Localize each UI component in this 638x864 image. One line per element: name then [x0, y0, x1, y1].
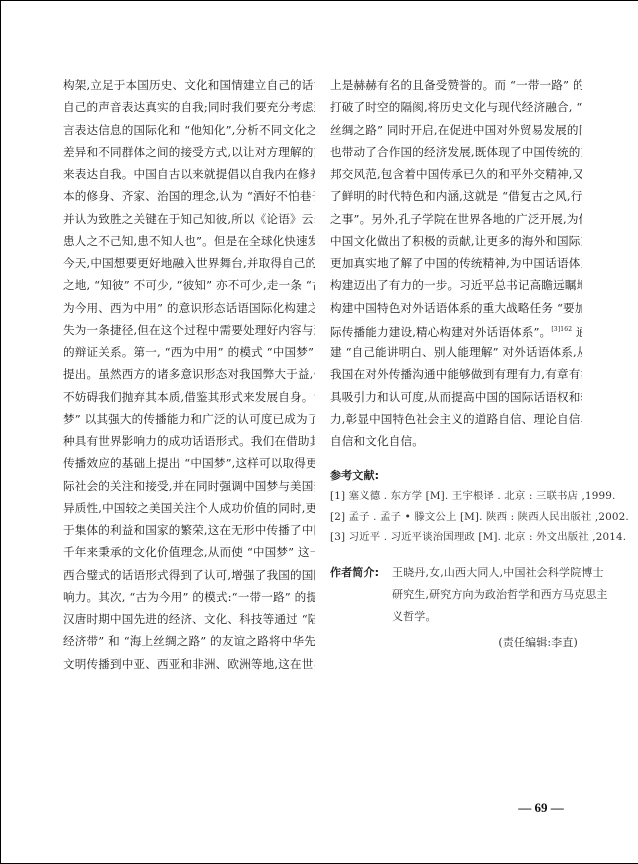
text-line: 自己的声音表达真实的自我;同时我们要充分考虑到语 [63, 96, 315, 118]
text-line: 具吸引力和认可度,从而提高中国的国际话语权和软实 [330, 386, 582, 408]
text-line: 构架,立足于本国历史、文化和国情建立自己的话语权以 [63, 74, 315, 96]
text-line: 建 “自己能讲明白、别人能理解” 对外话语体系,从而使 [330, 341, 582, 363]
reference-item: [2] 孟子 . 孟子 • 滕文公上 [M]. 陕西 : 陕西人民出版社 ,20… [330, 507, 582, 528]
text-line: 西合璧式的话语形式得到了认可,增强了我国的国际影 [63, 564, 315, 586]
text-line: 种具有世界影响力的成功话语形式。我们在借助其强大 [63, 430, 315, 452]
responsible-editor: (责任编辑:李直) [330, 632, 582, 654]
text-line: 我国在对外传播沟通中能够做到有理有力,有章有法,更 [330, 363, 582, 385]
text-line: 之地, “知彼” 不可少, “彼知” 亦不可少,走一条 “古 [63, 274, 315, 296]
text-line: 并认为致胜之关键在于知己知彼,所以《论语》云:“不 [63, 208, 315, 230]
text-line: 之事”。另外,孔子学院在世界各地的广泛开展,为传播 [330, 208, 582, 230]
text-line: 汉唐时期中国先进的经济、文化、科技等通过 “陆上丝绸 [63, 608, 315, 630]
text-line: 文明传播到中亚、西亚和非洲、欧洲等地,这在世界历史 [63, 653, 315, 675]
text-line-with-citation: 际传播能力建设,精心构建对外话语体系”。[3]162 通过构 [330, 319, 582, 341]
text-line: 构建中国特色对外话语体系的重大战略任务 “要加强国 [330, 297, 582, 319]
text-segment: 通过构 [572, 325, 582, 339]
author-bio-line: 研究生,研究方向为政治哲学和西方马克思主 [392, 584, 582, 606]
text-line: 千年来秉承的文化价值理念,从而使 “中国梦” 这一中 [63, 541, 315, 563]
text-line: 言表达信息的国际化和 “他知化”,分析不同文化之间的 [63, 119, 315, 141]
text-line: 提出。虽然西方的诸多意识形态对我国弊大于益,但仍 [63, 363, 315, 385]
text-line: 响力。其次, “古为今用” 的模式:“一带一路” 的提出。 [63, 586, 315, 608]
text-line: 中国文化做出了积极的贡献,让更多的海外和国际友人 [330, 230, 582, 252]
text-line: 自信和文化自信。 [330, 430, 582, 452]
document-page: 构架,立足于本国历史、文化和国情建立自己的话语权以 自己的声音表达真实的自我;同… [0, 0, 638, 864]
reference-item: [1] 塞义德 . 东方学 [M]. 王宇根译 . 北京 : 三联书店 ,199… [330, 486, 582, 507]
text-line: 上是赫赫有名的且备受赞誉的。而 “一带一路” 的提出 [330, 74, 582, 96]
author-bio-line: 王晓丹,女,山西大同人,中国社会科学院博士 [392, 562, 582, 584]
right-column: 上是赫赫有名的且备受赞誉的。而 “一带一路” 的提出 打破了时空的隔阂,将历史文… [330, 74, 582, 654]
text-line: 失为一条捷径,但在这个过程中需要处理好内容与形式 [63, 319, 315, 341]
author-bio-label: 作者简介: [330, 562, 379, 584]
reference-item: [3] 习近平 . 习近平谈治国理政 [M]. 北京 : 外文出版社 ,2014… [330, 527, 582, 548]
text-line: 为今用、西为中用” 的意识形态话语国际化构建之路不 [63, 297, 315, 319]
text-line: 传播效应的基础上提出 “中国梦”,这样可以取得更多国 [63, 452, 315, 474]
text-segment: 际传播能力建设,精心构建对外话语体系”。 [330, 325, 551, 339]
text-line: 更加真实地了解了中国的传统精神,为中国话语体系的 [330, 252, 582, 274]
left-column: 构架,立足于本国历史、文化和国情建立自己的话语权以 自己的声音表达真实的自我;同… [63, 74, 315, 675]
text-line: 来表达自我。中国自古以来就提倡以自我内在修养为根 [63, 163, 315, 185]
text-line: 了鲜明的时代特色和内涵,这就是 “借复古之风,行当今 [330, 185, 582, 207]
text-line: 不妨碍我们抛弃其本质,借鉴其形式来发展自身。“美国 [63, 386, 315, 408]
text-line: 本的修身、齐家、治国的理念,认为 “酒好不怕巷子深”, [63, 185, 315, 207]
text-line: 于集体的利益和国家的繁荣,这在无形中传播了中国数 [63, 519, 315, 541]
text-line: 差异和不同群体之间的接受方式,以让对方理解的方式 [63, 141, 315, 163]
text-line: 也带动了合作国的经济发展,既体现了中国传统的友好 [330, 141, 582, 163]
text-line: 邦交风范,包含着中国传承已久的和平外交精神,又赋予 [330, 163, 582, 185]
text-line: 构建迈出了有力的一步。习近平总书记高瞻远瞩地提出 [330, 274, 582, 296]
text-line: 际社会的关注和接受,并在同时强调中国梦与美国梦的 [63, 475, 315, 497]
text-line: 梦” 以其强大的传播能力和广泛的认可度已成为了一 [63, 408, 315, 430]
author-bio: 作者简介: 王晓丹,女,山西大同人,中国社会科学院博士 研究生,研究方向为政治哲… [330, 562, 582, 628]
text-line: 异质性,中国较之美国关注个人成功价值的同时,更关注 [63, 497, 315, 519]
page-number: — 69 — [506, 800, 576, 816]
text-line: 的辩证关系。第一, “西为中用” 的模式 “中国梦” 的 [63, 341, 315, 363]
text-line: 丝绸之路” 同时开启,在促进中国对外贸易发展的同时 [330, 119, 582, 141]
text-line: 今天,中国想要更好地融入世界舞台,并取得自己的一席 [63, 252, 315, 274]
text-line: 力,彰显中国特色社会主义的道路自信、理论自信、制度 [330, 408, 582, 430]
author-bio-line: 义哲学。 [392, 606, 582, 628]
citation-superscript: [3]162 [551, 326, 572, 333]
references-heading: 参考文献: [330, 466, 582, 486]
text-line: 打破了时空的隔阂,将历史文化与现代经济融合, “陆海 [330, 96, 582, 118]
text-line: 患人之不己知,患不知人也”。但是在全球化快速发展的 [63, 230, 315, 252]
text-line: 经济带” 和 “海上丝绸之路” 的友谊之路将中华先进的 [63, 630, 315, 652]
